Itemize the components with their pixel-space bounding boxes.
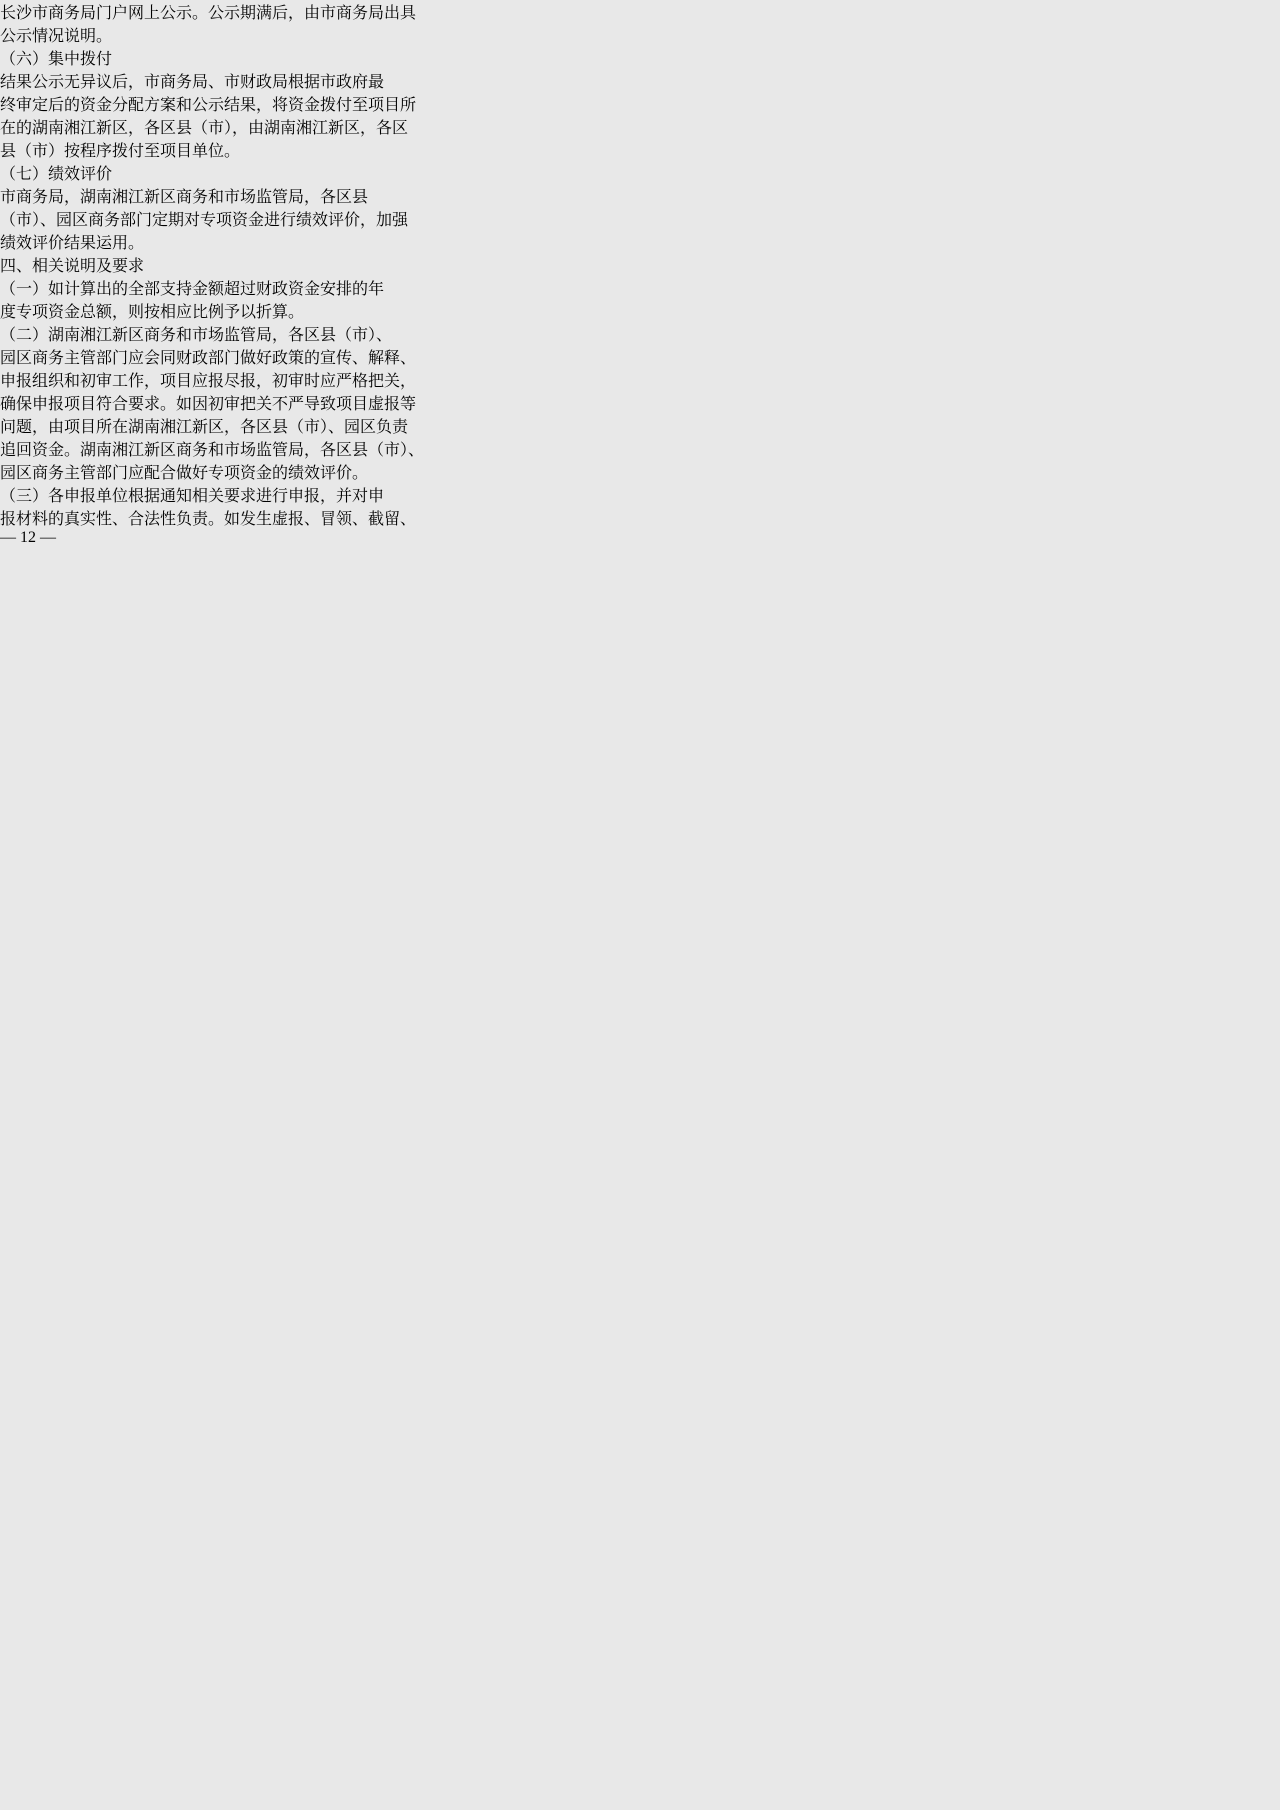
scanned-document-page: 长沙市商务局门户网上公示。公示期满后，由市商务局出具 公示情况说明。 （六）集中… <box>0 0 1280 1810</box>
section-heading: 四、相关说明及要求 <box>0 253 1280 276</box>
body-line: （三）各申报单位根据通知相关要求进行申报，并对申 <box>0 483 1280 506</box>
subsection-heading: （六）集中拨付 <box>0 46 1280 69</box>
body-line: （一）如计算出的全部支持金额超过财政资金安排的年 <box>0 276 1280 299</box>
document-body: 长沙市商务局门户网上公示。公示期满后，由市商务局出具 公示情况说明。 （六）集中… <box>0 0 1280 529</box>
page-number: — 12 — <box>0 529 1280 547</box>
body-line: 追回资金。湖南湘江新区商务和市场监管局，各区县（市）、 <box>0 437 1280 460</box>
body-line: 度专项资金总额，则按相应比例予以折算。 <box>0 299 1280 322</box>
body-line: 结果公示无异议后，市商务局、市财政局根据市政府最 <box>0 69 1280 92</box>
subsection-heading: （七）绩效评价 <box>0 161 1280 184</box>
body-line: （市）、园区商务部门定期对专项资金进行绩效评价，加强 <box>0 207 1280 230</box>
body-line: 县（市）按程序拨付至项目单位。 <box>0 138 1280 161</box>
body-line: 问题，由项目所在湖南湘江新区，各区县（市）、园区负责 <box>0 414 1280 437</box>
body-line: 市商务局，湖南湘江新区商务和市场监管局，各区县 <box>0 184 1280 207</box>
body-line: 长沙市商务局门户网上公示。公示期满后，由市商务局出具 <box>0 0 1280 23</box>
body-line: 终审定后的资金分配方案和公示结果，将资金拨付至项目所 <box>0 92 1280 115</box>
body-line: 申报组织和初审工作，项目应报尽报，初审时应严格把关， <box>0 368 1280 391</box>
body-line: 确保申报项目符合要求。如因初审把关不严导致项目虚报等 <box>0 391 1280 414</box>
body-line: 报材料的真实性、合法性负责。如发生虚报、冒领、截留、 <box>0 506 1280 529</box>
body-line: （二）湖南湘江新区商务和市场监管局，各区县（市）、 <box>0 322 1280 345</box>
body-line: 园区商务主管部门应配合做好专项资金的绩效评价。 <box>0 460 1280 483</box>
body-line: 公示情况说明。 <box>0 23 1280 46</box>
body-line: 在的湖南湘江新区，各区县（市），由湖南湘江新区，各区 <box>0 115 1280 138</box>
body-line: 绩效评价结果运用。 <box>0 230 1280 253</box>
body-line: 园区商务主管部门应会同财政部门做好政策的宣传、解释、 <box>0 345 1280 368</box>
